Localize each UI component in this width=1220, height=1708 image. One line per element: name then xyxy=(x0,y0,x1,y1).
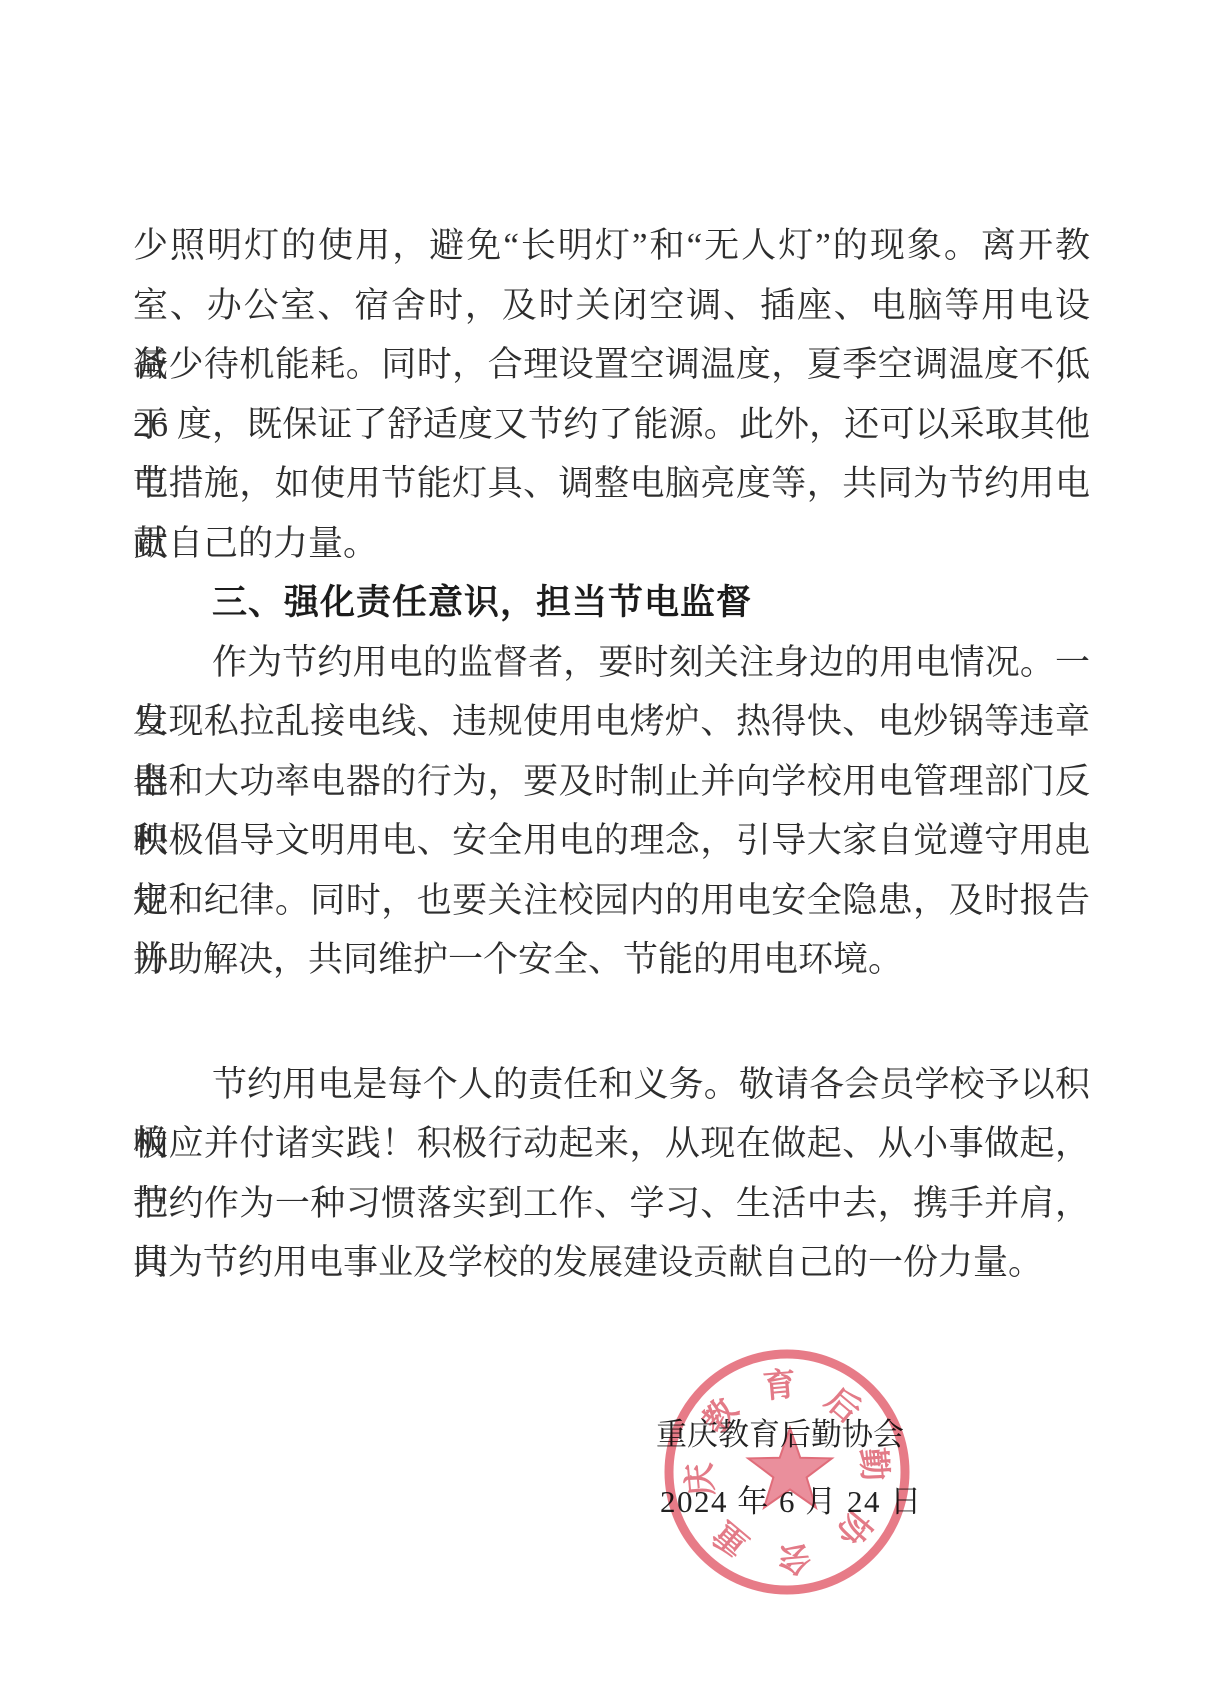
document-body: 少照明灯的使用，避免“长明灯”和“无人灯”的现象。离开教 室、办公室、宿舍时，及… xyxy=(133,216,1090,1293)
seal-char: 后 xyxy=(818,1381,867,1431)
seal-char: 教 xyxy=(696,1391,746,1441)
seal-star-icon xyxy=(748,1428,832,1508)
body-line: 少照明灯的使用，避免“长明灯”和“无人灯”的现象。离开教 xyxy=(133,216,1090,276)
body-line: 献自己的力量。 xyxy=(133,514,1090,574)
body-line: 响应并付诸实践！积极行动起来，从现在做起、从小事做起，把 xyxy=(133,1114,1090,1174)
body-line: 定和纪律。同时，也要关注校园内的用电安全隐患，及时报告并 xyxy=(133,871,1090,931)
seal-char: 勤 xyxy=(853,1446,893,1482)
body-line: 室、办公室、宿舍时，及时关闭空调、插座、电脑等用电设备， xyxy=(133,276,1090,336)
body-line: 电措施，如使用节能灯具、调整电脑亮度等，共同为节约用电贡 xyxy=(133,454,1090,514)
body-line: 节约用电是每个人的责任和义务。敬请各会员学校予以积极 xyxy=(133,1055,1090,1115)
seal-char: 育 xyxy=(761,1365,797,1406)
seal-char: 庆 xyxy=(681,1461,721,1497)
body-line: 发现私拉乱接电线、违规使用电烤炉、热得快、电炒锅等违章电 xyxy=(133,692,1090,752)
body-line: 协助解决，共同维护一个安全、节能的用电环境。 xyxy=(133,930,1090,990)
official-seal-stamp: 重 庆 教 育 后 勤 协 会 xyxy=(659,1344,915,1600)
body-line: 节约作为一种习惯落实到工作、学习、生活中去，携手并肩，共 xyxy=(133,1174,1090,1234)
seal-char: 协 xyxy=(828,1503,878,1553)
body-line: 减少待机能耗。同时，合理设置空调温度，夏季空调温度不低于 xyxy=(133,335,1090,395)
seal-char: 会 xyxy=(776,1538,812,1578)
body-line: 作为节约用电的监督者，要时刻关注身边的用电情况。一旦 xyxy=(133,633,1090,693)
body-line: 同为节约用电事业及学校的发展建设贡献自己的一份力量。 xyxy=(133,1233,1090,1293)
section-heading: 三、强化责任意识，担当节电监督 xyxy=(133,573,1090,633)
body-line: 26 度，既保证了舒适度又节约了能源。此外，还可以采取其他节 xyxy=(133,395,1090,455)
body-line: 积极倡导文明用电、安全用电的理念，引导大家自觉遵守用电规 xyxy=(133,811,1090,871)
body-line: 器和大功率电器的行为，要及时制止并向学校用电管理部门反映。 xyxy=(133,752,1090,812)
seal-char: 重 xyxy=(707,1513,756,1563)
